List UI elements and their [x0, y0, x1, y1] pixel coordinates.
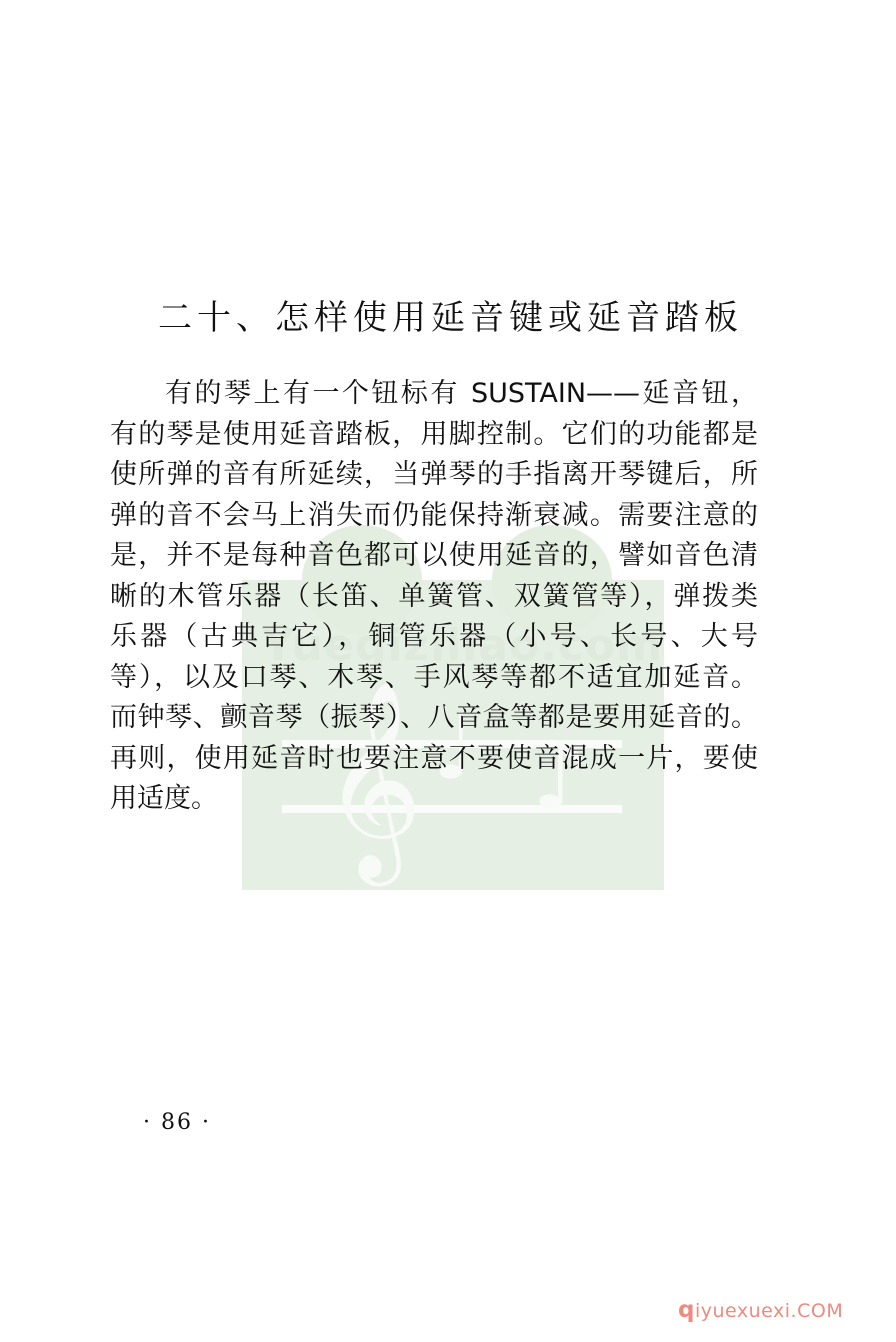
- paragraph-line: 弹的音不会马上消失而仍能保持渐衰减。需要注意的: [110, 496, 758, 537]
- body-paragraph: 有的琴上有一个钮标有 SUSTAIN——延音钮， 有的琴是使用延音踏板，用脚控制…: [110, 374, 758, 820]
- paragraph-line: 用适度。: [110, 779, 758, 820]
- paragraph-line: 晰的木管乐器（长笛、单簧管、双簧管等），弹拨类: [110, 577, 758, 618]
- paragraph-line: 有的琴上有一个钮标有 SUSTAIN——延音钮，: [110, 374, 758, 415]
- paragraph-line: 而钟琴、颤音琴（振琴）、八音盒等都是要用延音的。: [110, 698, 758, 739]
- section-title: 二十、怎样使用延音键或延音踏板: [158, 290, 743, 339]
- paragraph-line: 有的琴是使用延音踏板，用脚控制。它们的功能都是: [110, 415, 758, 456]
- site-name: iyuexuexi.COM: [695, 1300, 843, 1322]
- paragraph-line: 是，并不是每种音色都可以使用延音的，譬如音色清: [110, 536, 758, 577]
- page-number: · 86 ·: [143, 1110, 211, 1135]
- paragraph-line: 使所弹的音有所延续，当弹琴的手指离开琴键后，所: [110, 455, 758, 496]
- site-watermark: qiyuexuexi.COM: [678, 1297, 843, 1323]
- site-logo-q: q: [678, 1297, 695, 1323]
- paragraph-line: 等），以及口琴、木琴、手风琴等都不适宜加延音。: [110, 658, 758, 699]
- paragraph-line: 乐器（古典吉它），铜管乐器（小号、长号、大号: [110, 617, 758, 658]
- paragraph-line: 再则，使用延音时也要注意不要使音混成一片，要使: [110, 739, 758, 780]
